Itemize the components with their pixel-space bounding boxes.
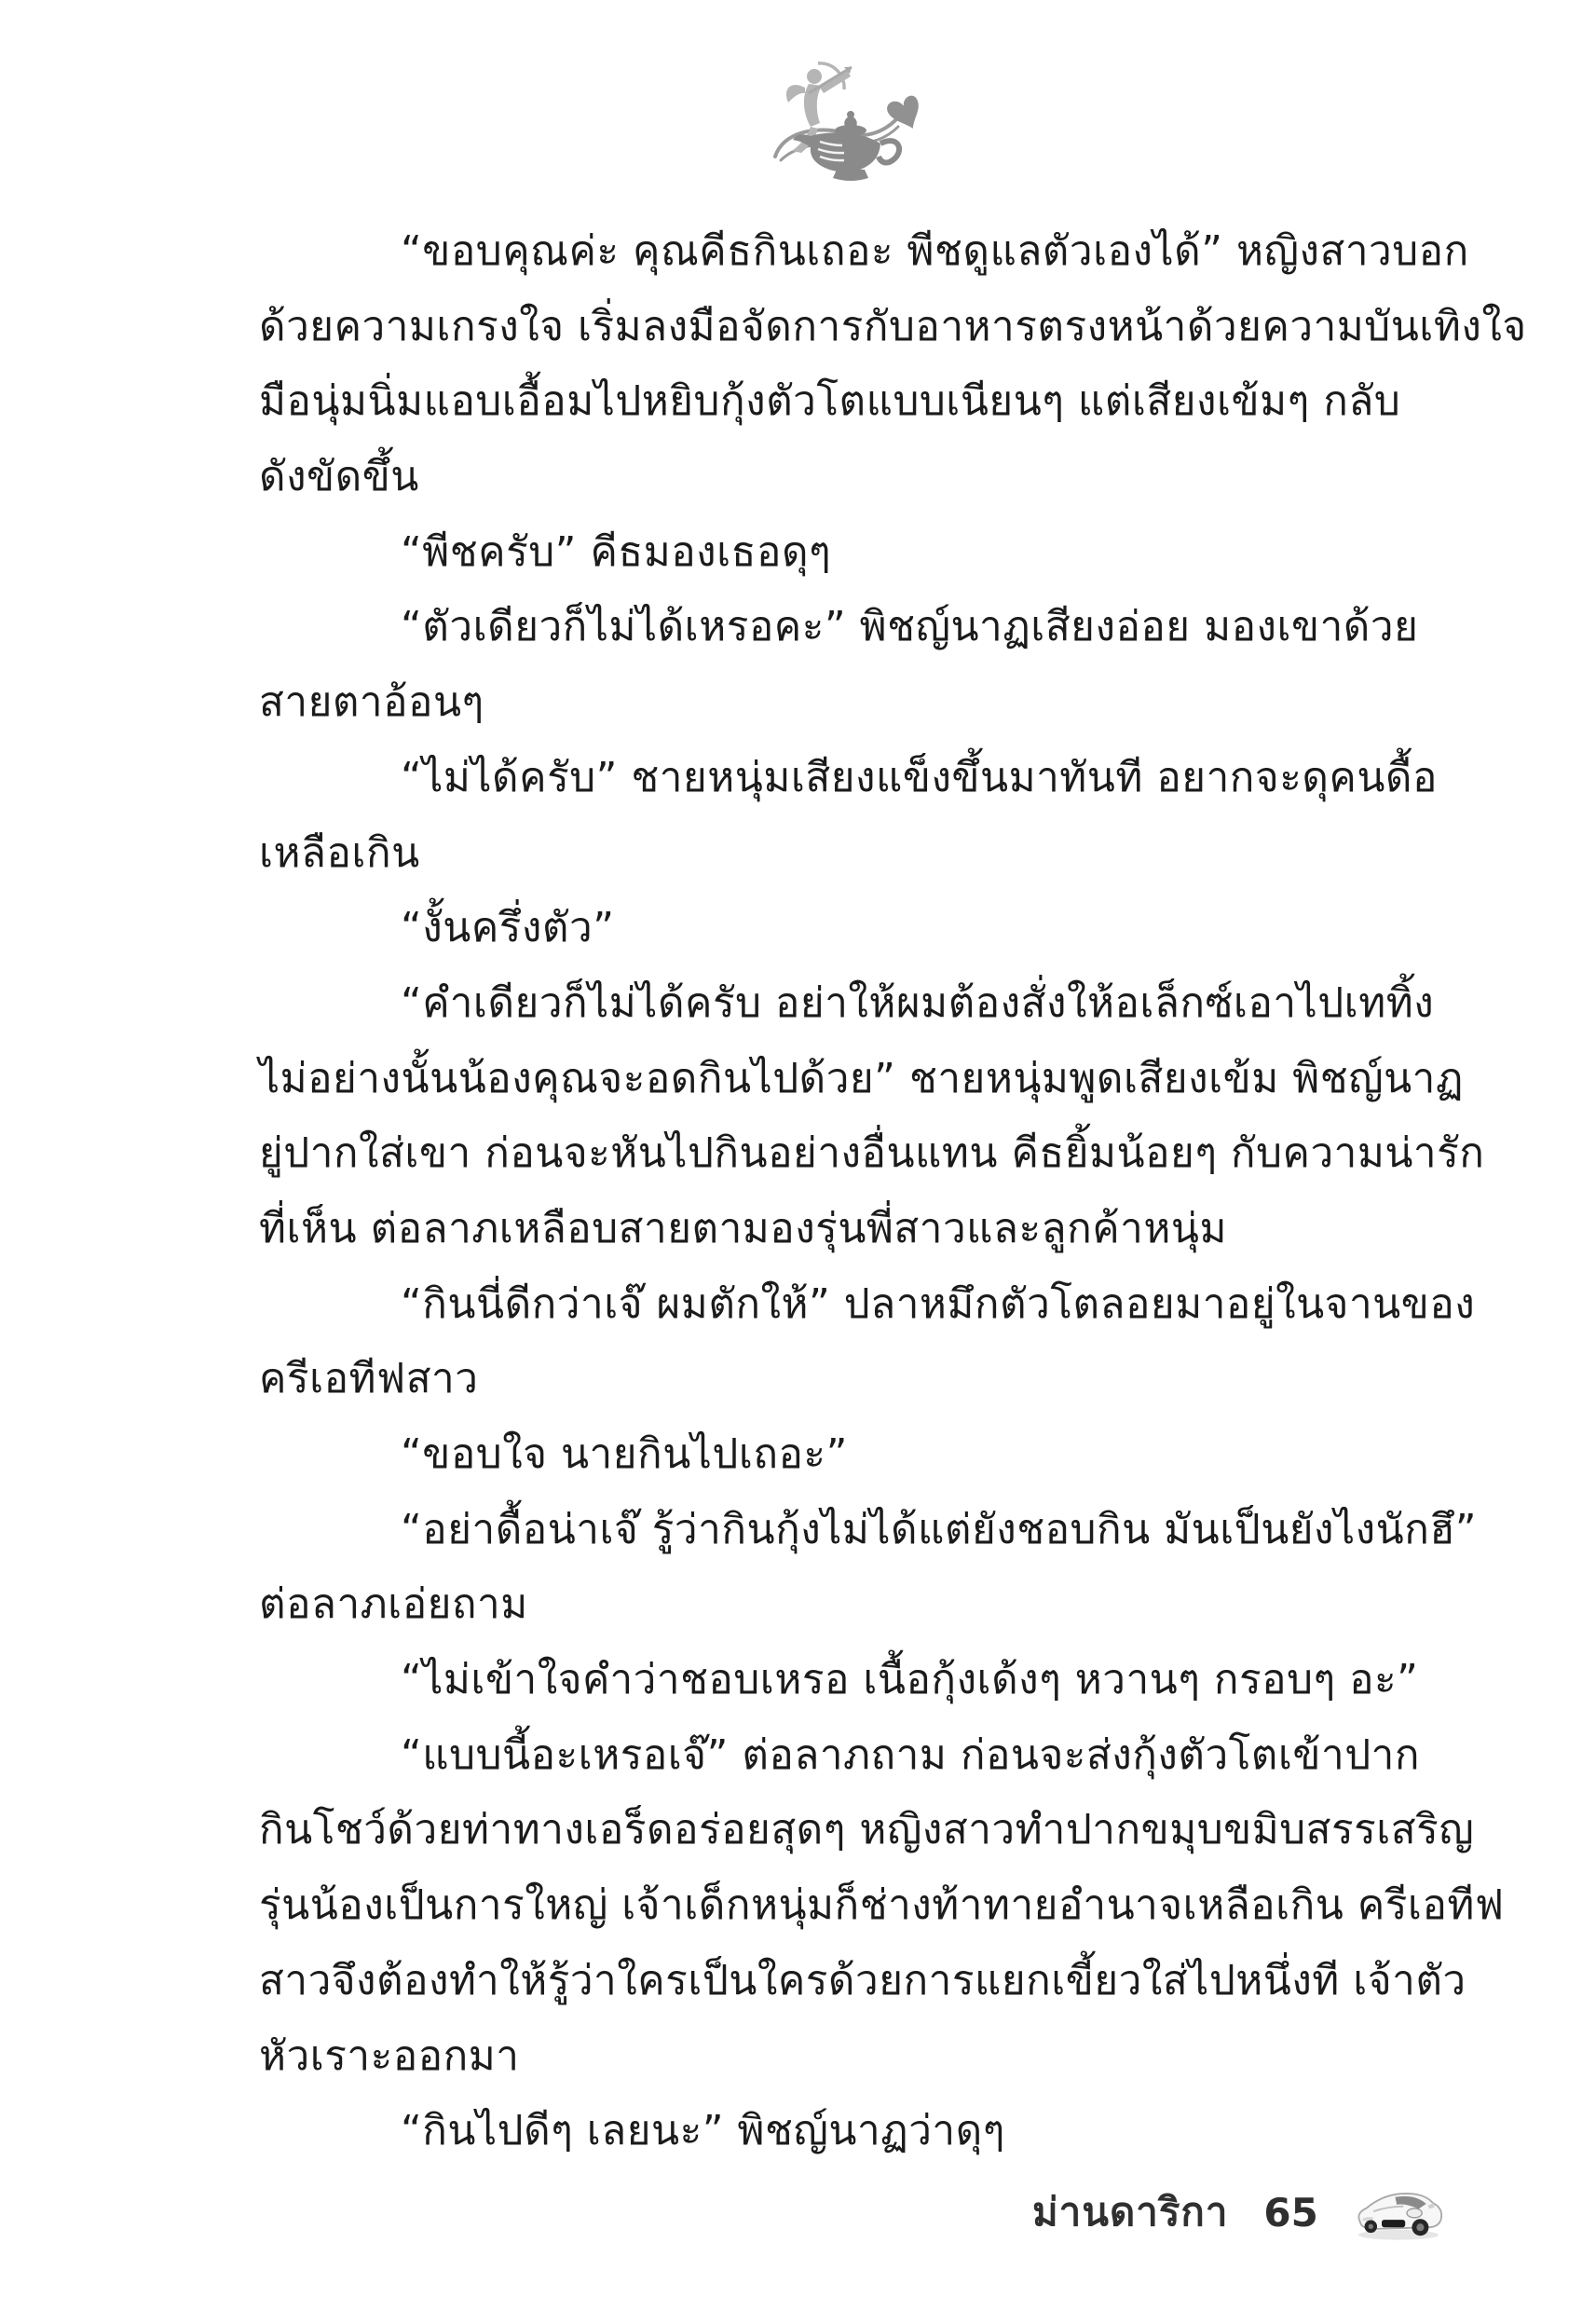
text-line: “ขอบคุณค่ะ คุณคีธกินเถอะ พีชดูแลตัวเองได… [259,214,1409,290]
page-number: 65 [1263,2190,1317,2236]
text-line: สาวจึงต้องทำให้รู้ว่าใครเป็นใครด้วยการแย… [259,1944,1409,2019]
text-line: “กินไปดีๆ เลยนะ” พิชญ์นาฏว่าดุๆ [259,2094,1409,2169]
page-body: “ขอบคุณค่ะ คุณคีธกินเถอะ พีชดูแลตัวเองได… [259,214,1409,2169]
text-line: ที่เห็น ต่อลาภเหลือบสายตามองรุ่นพี่สาวแล… [259,1192,1409,1267]
text-line: “ขอบใจ นายกินไปเถอะ” [259,1417,1409,1493]
cupid-lamp-icon [762,43,939,183]
text-line: “ตัวเดียวก็ไม่ได้เหรอคะ” พิชญ์นาฏเสียงอ่… [259,590,1409,665]
text-line: “แบบนี้อะเหรอเจ๊” ต่อลาภถาม ก่อนจะส่งกุ้… [259,1718,1409,1794]
book-page: “ขอบคุณค่ะ คุณคีธกินเถอะ พีชดูแลตัวเองได… [0,0,1596,2311]
text-line: ครีเอทีฟสาว [259,1342,1409,1417]
cupid-lamp-ornament [762,43,939,183]
book-title: ม่านดาริกา [1032,2181,1228,2243]
sports-car-icon [1348,2177,1449,2248]
text-line: ดังขัดขึ้น [259,440,1409,515]
text-line: “คำเดียวก็ไม่ได้ครับ อย่าให้ผมต้องสั่งให… [259,966,1409,1042]
text-line: ไม่อย่างนั้นน้องคุณจะอดกินไปด้วย” ชายหนุ… [259,1042,1409,1117]
text-line: “งั้นครึ่งตัว” [259,891,1409,966]
text-line: เหลือเกิน [259,816,1409,892]
text-line: “กินนี่ดีกว่าเจ๊ ผมตักให้” ปลาหมึกตัวโตล… [259,1267,1409,1343]
text-line: ด้วยความเกรงใจ เริ่มลงมือจัดการกับอาหารต… [259,290,1409,365]
text-line: รุ่นน้องเป็นการใหญ่ เจ้าเด็กหนุ่มก็ช่างท… [259,1868,1409,1944]
text-line: ต่อลาภเอ่ยถาม [259,1567,1409,1643]
text-line: ยู่ปากใส่เขา ก่อนจะหันไปกินอย่างอื่นแทน … [259,1116,1409,1192]
text-line: “พีชครับ” คีธมองเธอดุๆ [259,515,1409,591]
text-line: กินโชว์ด้วยท่าทางเอร็ดอร่อยสุดๆ หญิงสาวท… [259,1793,1409,1868]
text-line: หัวเราะออกมา [259,2019,1409,2095]
text-line: “อย่าดื้อน่าเจ๊ รู้ว่ากินกุ้งไม่ได้แต่ยั… [259,1493,1409,1568]
text-line: “ไม่เข้าใจคำว่าชอบเหรอ เนื้อกุ้งเด้งๆ หว… [259,1643,1409,1718]
page-footer: ม่านดาริกา 65 [1032,2173,1449,2251]
text-line: สายตาอ้อนๆ [259,665,1409,741]
text-line: “ไม่ได้ครับ” ชายหนุ่มเสียงแข็งขึ้นมาทันท… [259,741,1409,816]
text-line: มือนุ่มนิ่มแอบเอื้อมไปหยิบกุ้งตัวโตแบบเน… [259,364,1409,440]
